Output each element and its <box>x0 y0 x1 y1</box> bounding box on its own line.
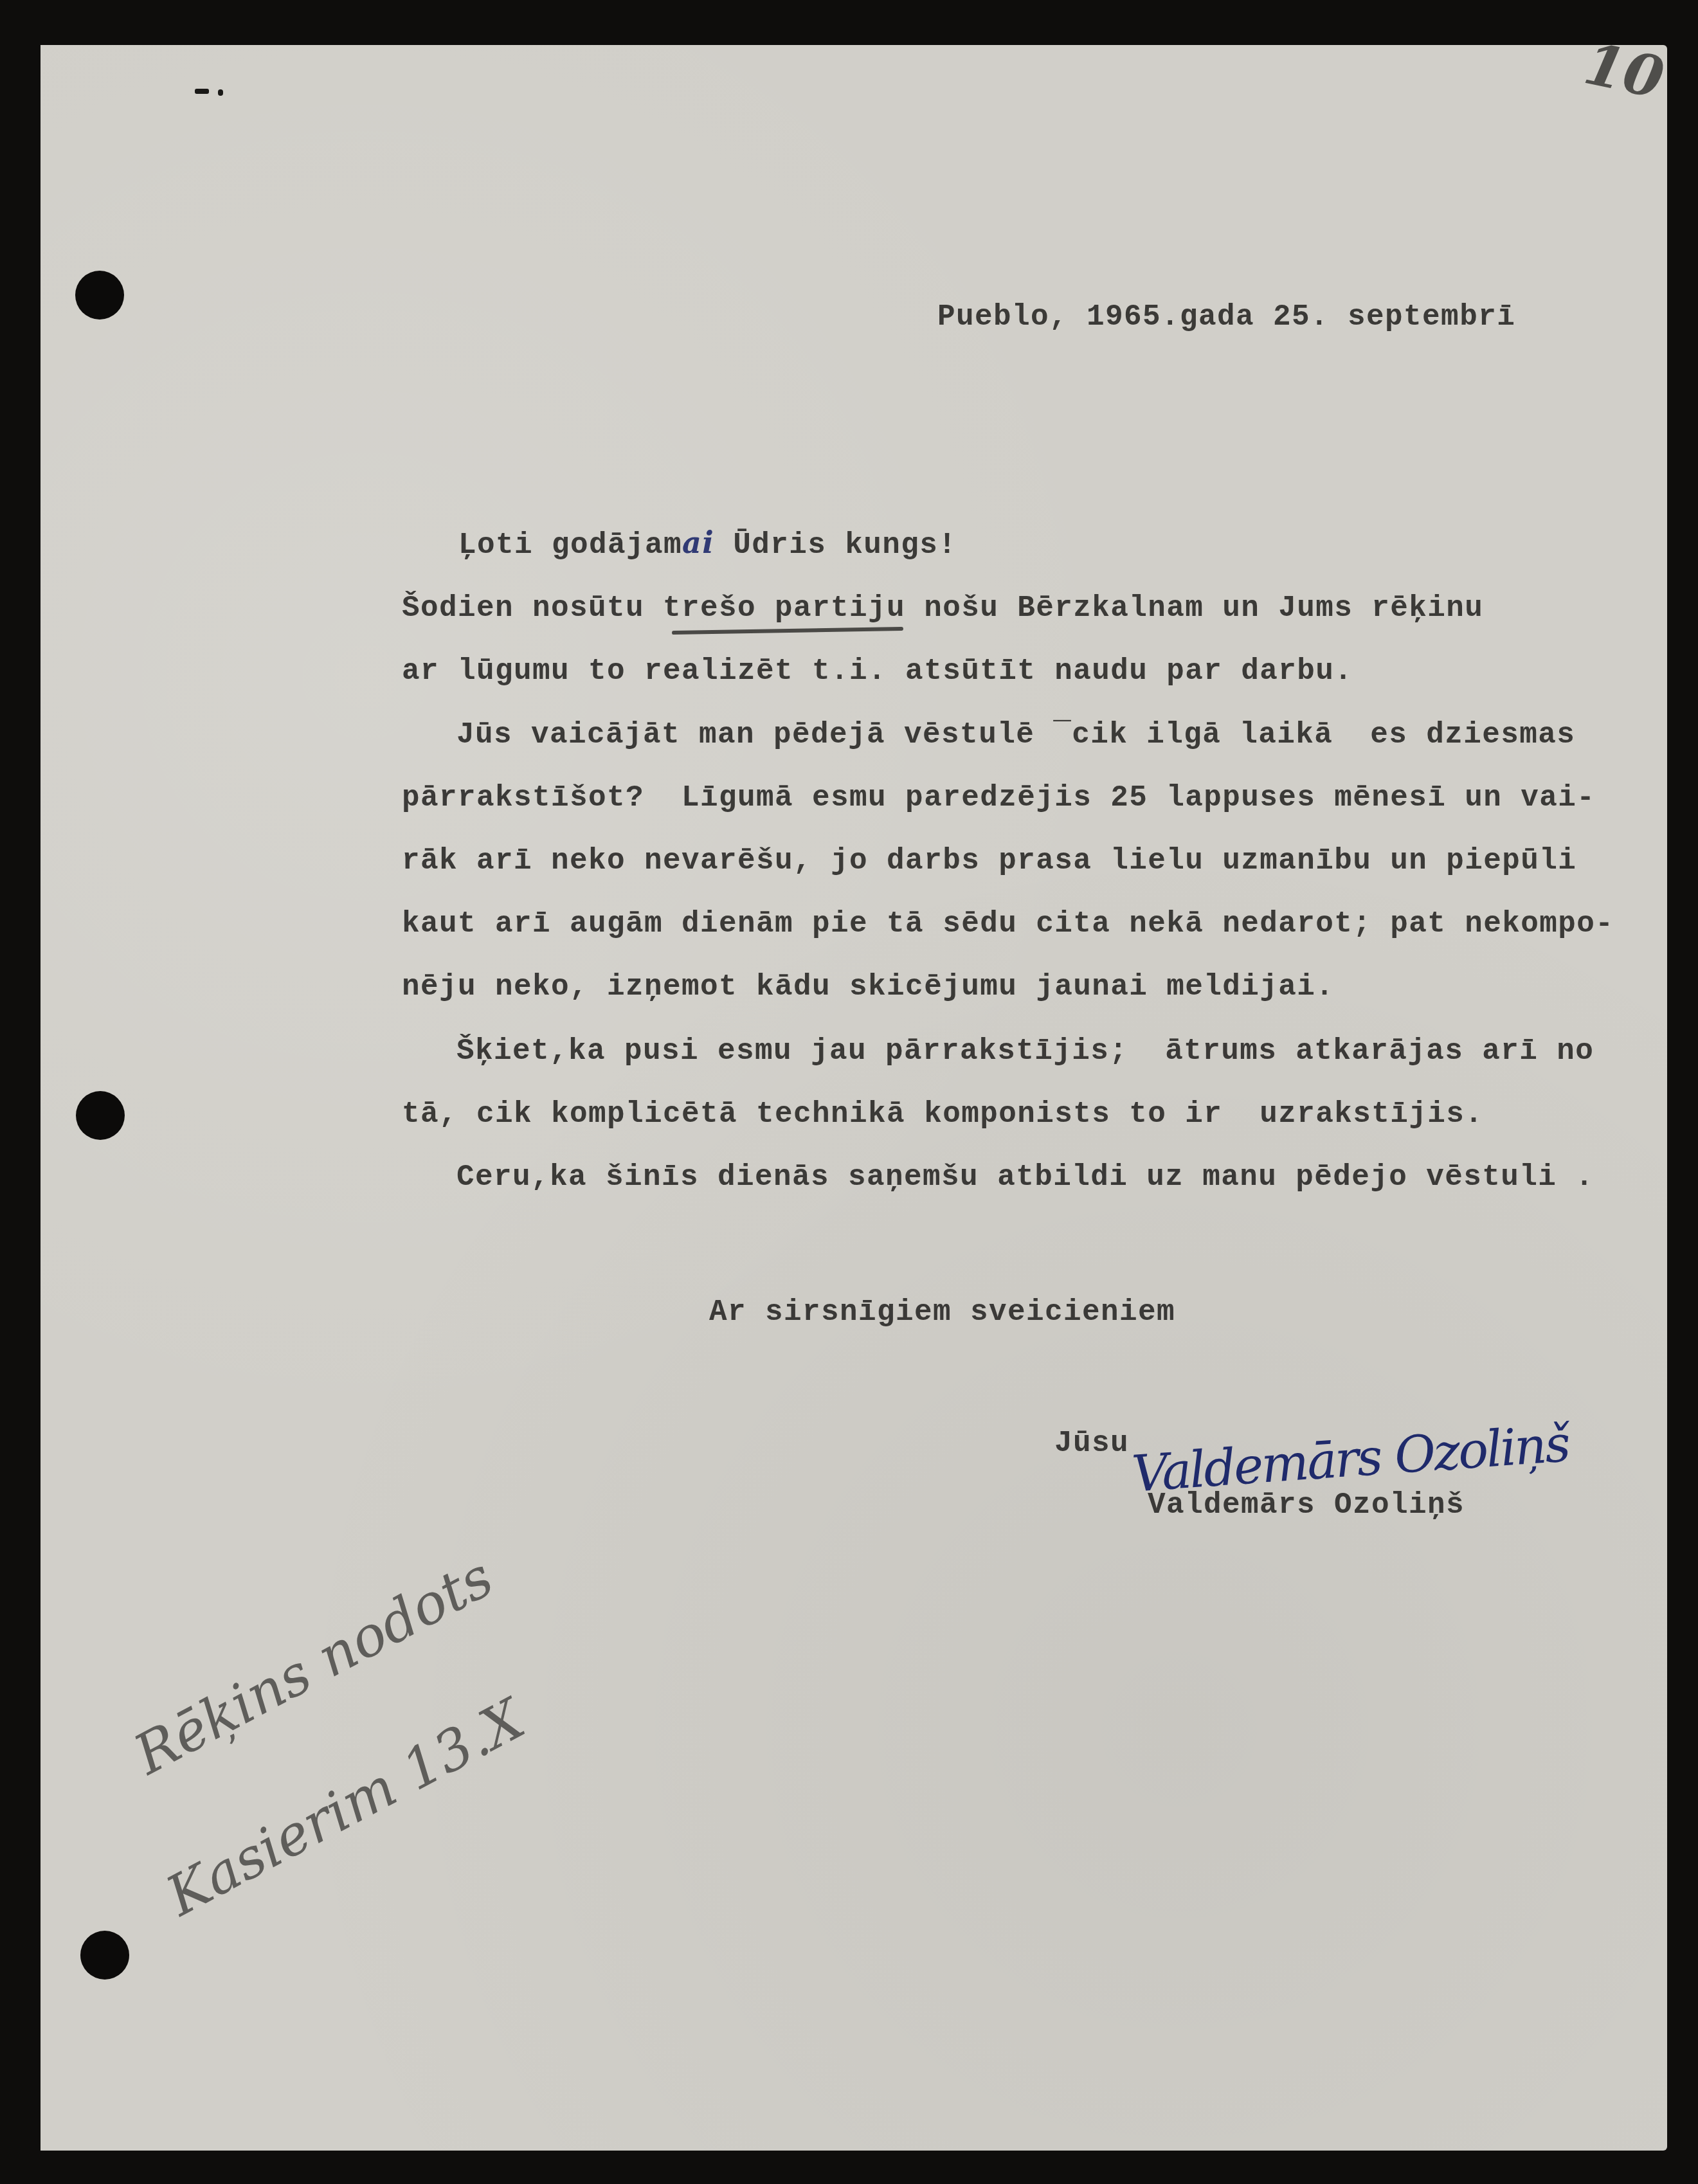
tear-mark <box>195 89 209 94</box>
salutation-prefix: Ļoti godājam <box>458 528 682 562</box>
punch-hole-bottom <box>80 1931 129 1980</box>
body-line-1: Šodien nosūtu trešo partiju nošu Bērzkal… <box>402 593 1483 623</box>
body-line-9: tā, cik komplicētā technikā komponists t… <box>402 1099 1483 1129</box>
body-line-6: kaut arī augām dienām pie tā sēdu cita n… <box>402 909 1614 939</box>
body-line-10: Ceru,ka šinīs dienās saņemšu atbildi uz … <box>456 1162 1594 1192</box>
body-line-3: Jūs vaicājāt man pēdejā vēstulē ¯cik ilg… <box>456 720 1575 750</box>
body-line-7: nēju neko, izņemot kādu skicējumu jaunai… <box>402 972 1334 1002</box>
typed-name: Valdemārs Ozoliņš <box>1148 1490 1465 1520</box>
punch-hole-top <box>75 271 124 320</box>
body-line-4: pārrakstīšot? Līgumā esmu paredzējis 25 … <box>402 783 1595 813</box>
body-line-8: Šķiet,ka pusi esmu jau pārrakstījis; ātr… <box>456 1036 1594 1066</box>
body-line-2: ar lūgumu to realizēt t.i. atsūtīt naudu… <box>402 656 1353 686</box>
punch-hole-middle <box>76 1091 125 1140</box>
closing: Ar sirsnīgiem sveicieniem <box>709 1297 1175 1327</box>
salutation-suffix: Ūdris kungs! <box>714 528 957 562</box>
tear-mark-dot <box>218 89 223 96</box>
signature-yours: Jūsu <box>1054 1429 1129 1458</box>
salutation: Ļoti godājamai Ūdris kungs! <box>421 498 957 560</box>
salutation-correction: ai <box>682 525 714 560</box>
dateline: Pueblo, 1965.gada 25. septembrī <box>937 302 1515 332</box>
body-line-5: rāk arī neko nevarēšu, jo darbs prasa li… <box>402 846 1576 876</box>
